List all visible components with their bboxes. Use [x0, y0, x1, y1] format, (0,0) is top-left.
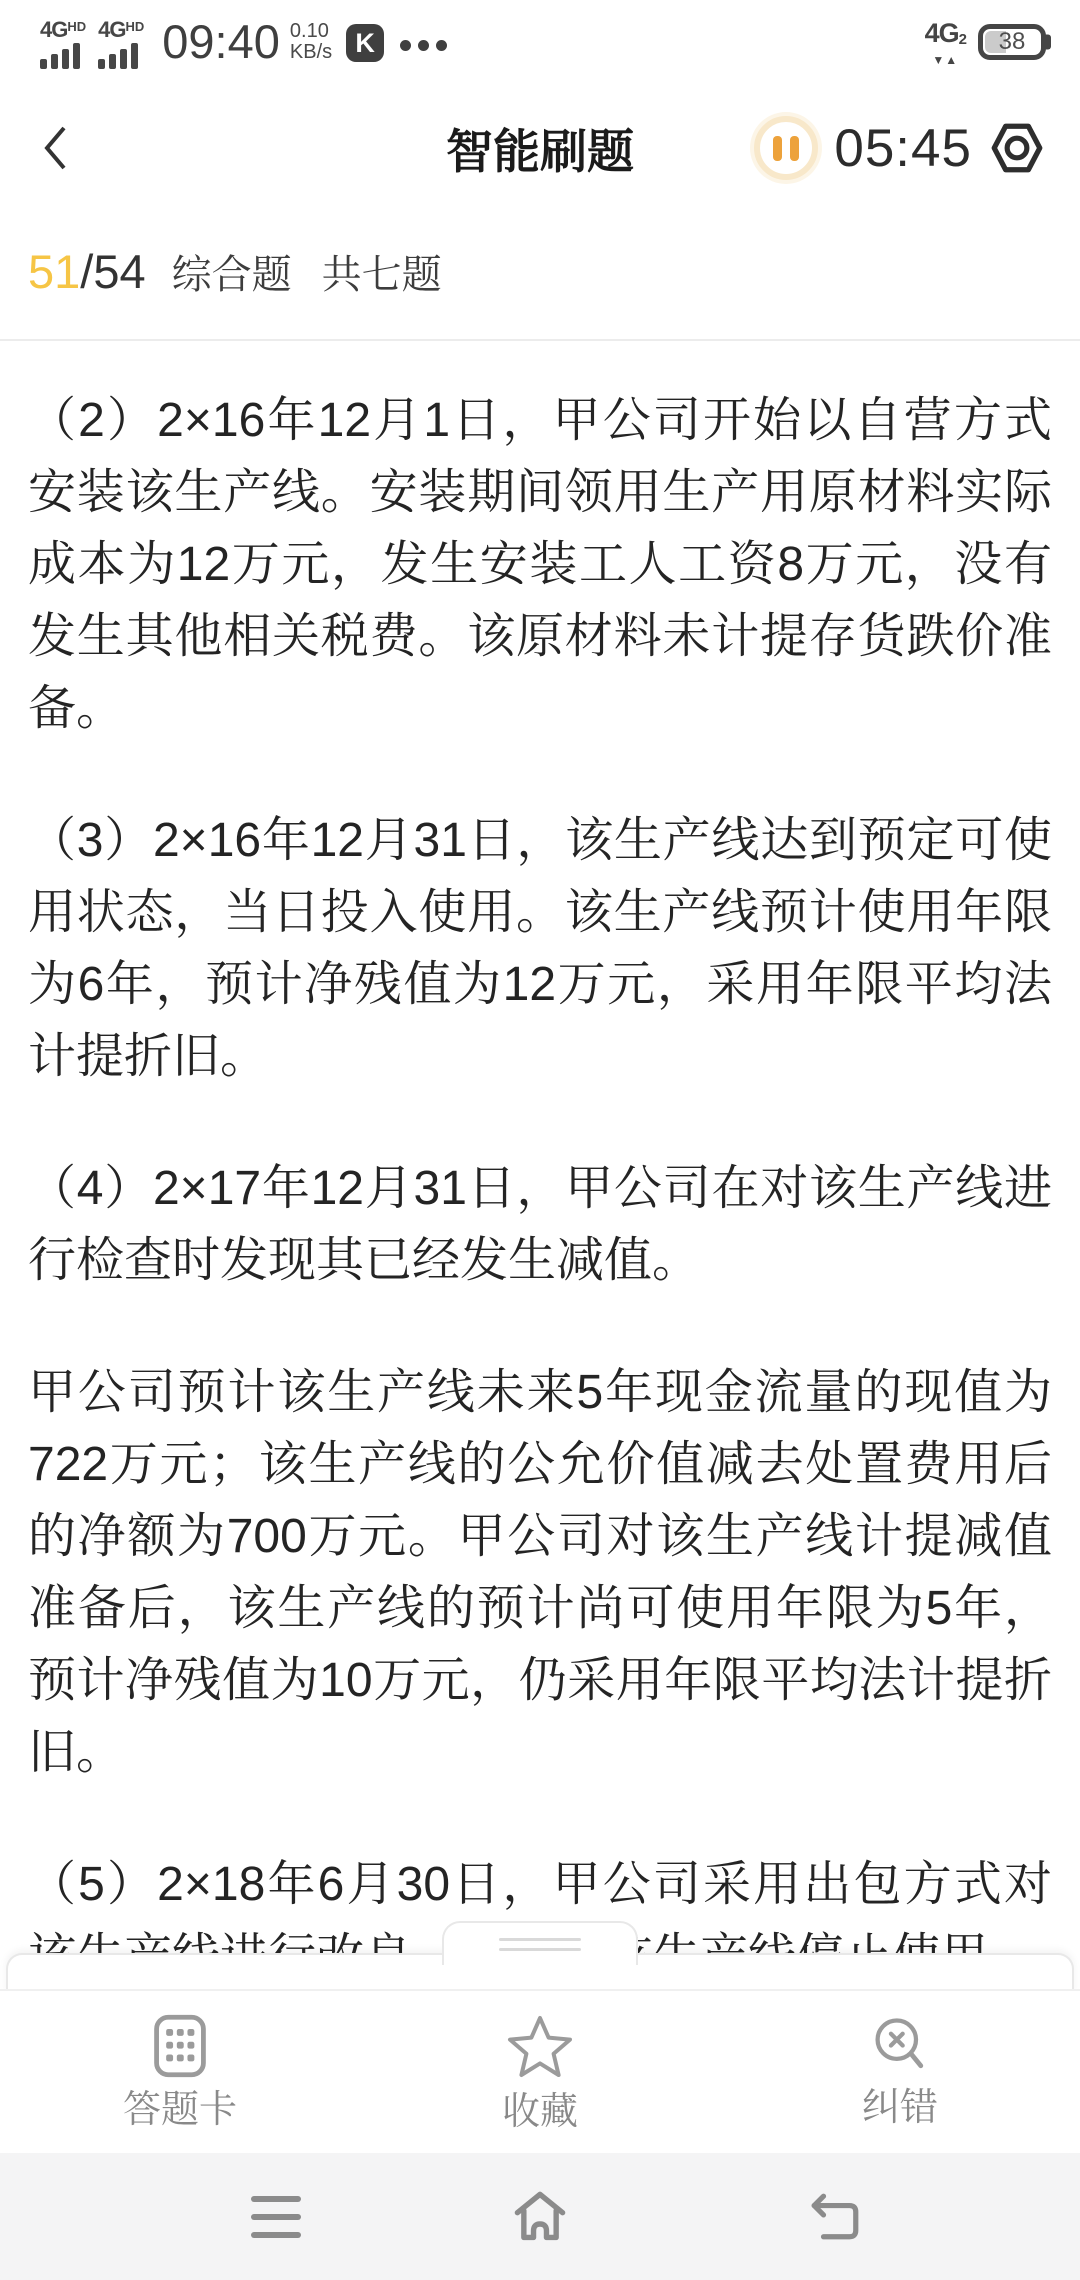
screen: { "status_bar": { "sim1": {"net": "4G", …: [0, 0, 1080, 2280]
drag-handle[interactable]: [442, 1921, 638, 1965]
system-nav-bar: [0, 2153, 1080, 2280]
network-type-indicator: 4G2 ▼▲: [925, 20, 966, 66]
progress-row: 51 /54 综合题 共七题: [0, 204, 1080, 341]
signal-bars-icon: [98, 43, 144, 69]
more-notifications-icon: [400, 40, 447, 51]
question-paragraph: （2）2×16年12月1日，甲公司开始以自营方式安装该生产线。安装期间领用生产用…: [28, 385, 1052, 745]
question-count-label: 共七题: [322, 243, 442, 300]
header-right: 05:45: [754, 116, 1046, 180]
question-number-current: 51: [28, 244, 80, 299]
question-paragraph: （3）2×16年12月31日，该生产线达到预定可使用状态，当日投入使用。该生产线…: [28, 805, 1052, 1093]
error-magnifier-x-icon: [868, 2013, 932, 2077]
settings-gear-icon[interactable]: [988, 119, 1046, 177]
signal-strength-icon-sim1: 4GHD: [40, 16, 86, 69]
back-button[interactable]: [40, 122, 74, 174]
star-icon: [504, 2013, 576, 2081]
timer-value: 05:45: [834, 118, 972, 179]
answer-card-button[interactable]: 答题卡: [0, 1991, 360, 2153]
favorite-button[interactable]: 收藏: [360, 1991, 720, 2153]
battery-icon: 38: [978, 24, 1046, 60]
data-updown-arrows-icon: ▼▲: [932, 54, 958, 66]
page-title: 智能刷题: [446, 115, 634, 182]
nav-menu-icon[interactable]: [251, 2196, 301, 2238]
question-paragraph: （4）2×17年12月31日，甲公司在对该生产线进行检查时发现其已经发生减值。: [28, 1153, 1052, 1297]
signal-bars-icon: [40, 43, 86, 69]
chevron-left-icon: [40, 124, 70, 172]
signal-strength-icon-sim2: 4GHD: [98, 16, 144, 69]
status-bar: 4GHD 4GHD 09:40 0.10 KB/s K 4G2 ▼▲ 38: [0, 0, 1080, 92]
status-clock: 09:40: [162, 18, 280, 65]
error-report-button[interactable]: 纠错: [720, 1991, 1080, 2153]
question-number-total: /54: [80, 244, 145, 299]
answer-card-grid-icon: [152, 2013, 208, 2079]
question-content: （2）2×16年12月1日，甲公司开始以自营方式安装该生产线。安装期间领用生产用…: [0, 341, 1080, 1956]
status-bar-right: 4G2 ▼▲ 38: [925, 16, 1046, 66]
nav-home-icon[interactable]: [511, 2189, 569, 2245]
header: 智能刷题 05:45: [0, 92, 1080, 204]
question-type-label: 综合题: [172, 243, 292, 300]
pause-timer-button[interactable]: [754, 116, 818, 180]
question-paragraph: 甲公司预计该生产线未来5年现金流量的现值为722万元；该生产线的公允价值减去处置…: [28, 1357, 1052, 1789]
k-app-notification-icon: K: [346, 24, 384, 62]
nav-back-icon[interactable]: [808, 2191, 864, 2243]
network-speed: 0.10 KB/s: [290, 21, 332, 63]
bottom-action-bar: 答题卡 收藏 纠错: [0, 1989, 1080, 2153]
